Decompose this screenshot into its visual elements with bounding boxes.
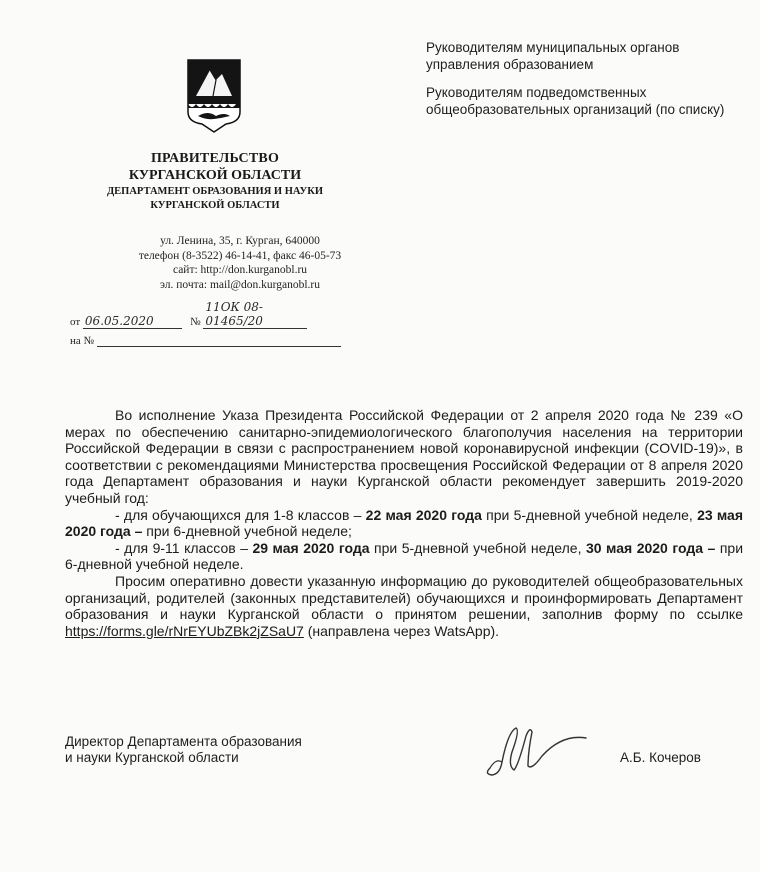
reply-to-line: на № <box>70 334 341 347</box>
contact-block: ул. Ленина, 35, г. Курган, 640000 телефо… <box>70 234 410 292</box>
item-date: 22 мая 2020 года <box>366 507 482 523</box>
addressees: Руководителям муниципальных органов упра… <box>426 40 746 130</box>
signatory-title-line-2: и науки Курганской области <box>65 750 302 766</box>
address: ул. Ленина, 35, г. Курган, 640000 <box>70 234 410 249</box>
dept-line-2: КУРГАНСКОЙ ОБЛАСТИ <box>70 199 360 213</box>
paragraph-request: Просим оперативно довести указанную инфо… <box>65 573 743 639</box>
item-text: при 5-дневной учебной неделе, <box>370 540 586 556</box>
reply-label: на № <box>70 335 94 347</box>
phone-fax: телефон (8-3522) 46-14-41, факс 46-05-73 <box>70 249 410 264</box>
item-text: при 5-дневной учебной неделе, <box>482 507 697 523</box>
request-text-end: (направлена через WatsApp). <box>304 623 499 639</box>
org-line-2: КУРГАНСКОЙ ОБЛАСТИ <box>70 167 360 184</box>
org-line-1: ПРАВИТЕЛЬСТВО <box>70 150 360 167</box>
signatory-name: А.Б. Кочеров <box>620 750 701 765</box>
paragraph-decree: Во исполнение Указа Президента Российско… <box>65 407 743 507</box>
organization-name: ПРАВИТЕЛЬСТВО КУРГАНСКОЙ ОБЛАСТИ ДЕПАРТА… <box>70 150 360 213</box>
form-link[interactable]: https://forms.gle/rNrEYUbZBk2jZSaU7 <box>65 623 304 639</box>
coat-of-arms-icon <box>186 58 242 134</box>
website: сайт: http://don.kurganobl.ru <box>70 263 410 278</box>
registration-number: 11ОК 08-01465/20 <box>203 300 307 329</box>
request-text: Просим оперативно довести указанную инфо… <box>65 573 743 622</box>
list-item-grades-1-8: - для обучающихся для 1-8 классов – 22 м… <box>65 507 743 540</box>
handwritten-signature-icon <box>482 722 592 782</box>
signatory-title-line-1: Директор Департамента образования <box>65 734 302 750</box>
item-date: 29 мая 2020 года <box>252 540 369 556</box>
list-item-grades-9-11: - для 9-11 классов – 29 мая 2020 года пр… <box>65 540 743 573</box>
letter-body: Во исполнение Указа Президента Российско… <box>65 407 743 639</box>
item-date: 30 мая 2020 года – <box>586 540 715 556</box>
reply-number-blank <box>97 334 341 347</box>
email: эл. почта: mail@don.kurganobl.ru <box>70 278 410 293</box>
registration-date: 06.05.2020 <box>83 314 182 329</box>
item-text: - для обучающихся для 1-8 классов – <box>115 507 366 523</box>
dept-line-1: ДЕПАРТАМЕНТ ОБРАЗОВАНИЯ И НАУКИ <box>70 185 360 199</box>
number-label: № <box>190 316 201 328</box>
registration-line: от 06.05.2020 № 11ОК 08-01465/20 <box>70 300 307 329</box>
addressee-2: Руководителям подведомственных общеобраз… <box>426 85 746 118</box>
item-text: - для 9-11 классов – <box>115 540 252 556</box>
item-text: при 6-дневной учебной неделе; <box>142 523 351 539</box>
signatory-title: Директор Департамента образования и наук… <box>65 734 302 766</box>
from-label: от <box>70 316 80 328</box>
letter-page: ПРАВИТЕЛЬСТВО КУРГАНСКОЙ ОБЛАСТИ ДЕПАРТА… <box>0 0 760 872</box>
addressee-1: Руководителям муниципальных органов упра… <box>426 40 746 73</box>
